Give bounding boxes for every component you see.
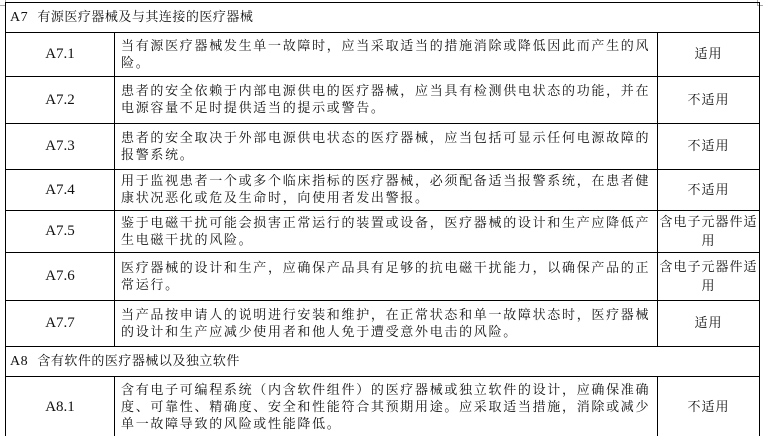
clause-id: A7.3	[6, 124, 115, 170]
table-row: A7.6 医疗器械的设计和生产，应确保产品具有足够的抗电磁干扰能力，以确保产品的…	[6, 253, 760, 301]
table-row: A7.1 当有源医疗器械发生单一故障时，应当采取适当的措施消除或降低因此而产生的…	[6, 33, 760, 77]
table-row: A7.3 患者的安全取决于外部电源供电状态的医疗器械，应当包括可显示任何电源故障…	[6, 124, 760, 170]
table-row: A7.7 当产品按申请人的说明进行安装和维护，在正常状态和单一故障状态时，医疗器…	[6, 301, 760, 347]
clause-text: 鉴于电磁干扰可能会损害正常运行的装置或设备，医疗器械的设计和生产应降低产生电磁干…	[115, 211, 658, 253]
applicability-cell: 含电子元器件适用	[658, 253, 760, 301]
section-code: A8	[10, 354, 28, 369]
applicability-cell: 含电子元器件适用	[658, 211, 760, 253]
clause-text: 当有源医疗器械发生单一故障时，应当采取适当的措施消除或降低因此而产生的风险。	[115, 33, 658, 77]
clause-id: A7.2	[6, 77, 115, 124]
requirements-table: A7 有源医疗器械及与其连接的医疗器械 A7.1 当有源医疗器械发生单一故障时，…	[5, 2, 760, 436]
applicability-cell: 适用	[658, 301, 760, 347]
table-row: A7.5 鉴于电磁干扰可能会损害正常运行的装置或设备，医疗器械的设计和生产应降低…	[6, 211, 760, 253]
section-title-text: 有源医疗器械及与其连接的医疗器械	[37, 10, 253, 25]
applicability-cell: 不适用	[658, 170, 760, 211]
section-title: A8 含有软件的医疗器械以及独立软件	[6, 347, 760, 377]
clause-text: 患者的安全取决于外部电源供电状态的医疗器械，应当包括可显示任何电源故障的报警系统…	[115, 124, 658, 170]
section-header-row: A7 有源医疗器械及与其连接的医疗器械	[6, 3, 760, 33]
clause-id: A8.1	[6, 377, 115, 436]
clause-text: 含有电子可编程系统（内含软件组件）的医疗器械或独立软件的设计，应确保准确度、可靠…	[115, 377, 658, 436]
clause-text: 当产品按申请人的说明进行安装和维护，在正常状态和单一故障状态时，医疗器械的设计和…	[115, 301, 658, 347]
table-row: A8.1 含有电子可编程系统（内含软件组件）的医疗器械或独立软件的设计，应确保准…	[6, 377, 760, 436]
clause-id: A7.1	[6, 33, 115, 77]
section-code: A7	[10, 10, 28, 25]
clause-text: 用于监视患者一个或多个临床指标的医疗器械，必须配备适当报警系统，在患者健康状况恶…	[115, 170, 658, 211]
section-header-row: A8 含有软件的医疗器械以及独立软件	[6, 347, 760, 377]
section-title-text: 含有软件的医疗器械以及独立软件	[37, 354, 240, 369]
table-row: A7.2 患者的安全依赖于内部电源供电的医疗器械，应当具有检测供电状态的功能，并…	[6, 77, 760, 124]
applicability-cell: 适用	[658, 33, 760, 77]
applicability-cell: 不适用	[658, 124, 760, 170]
applicability-cell: 不适用	[658, 377, 760, 436]
section-title: A7 有源医疗器械及与其连接的医疗器械	[6, 3, 760, 33]
clause-id: A7.5	[6, 211, 115, 253]
clause-id: A7.6	[6, 253, 115, 301]
clause-text: 医疗器械的设计和生产，应确保产品具有足够的抗电磁干扰能力，以确保产品的正常运行。	[115, 253, 658, 301]
table-row: A7.4 用于监视患者一个或多个临床指标的医疗器械，必须配备适当报警系统，在患者…	[6, 170, 760, 211]
clause-text: 患者的安全依赖于内部电源供电的医疗器械，应当具有检测供电状态的功能，并在电源容量…	[115, 77, 658, 124]
applicability-cell: 不适用	[658, 77, 760, 124]
clause-id: A7.4	[6, 170, 115, 211]
clause-id: A7.7	[6, 301, 115, 347]
